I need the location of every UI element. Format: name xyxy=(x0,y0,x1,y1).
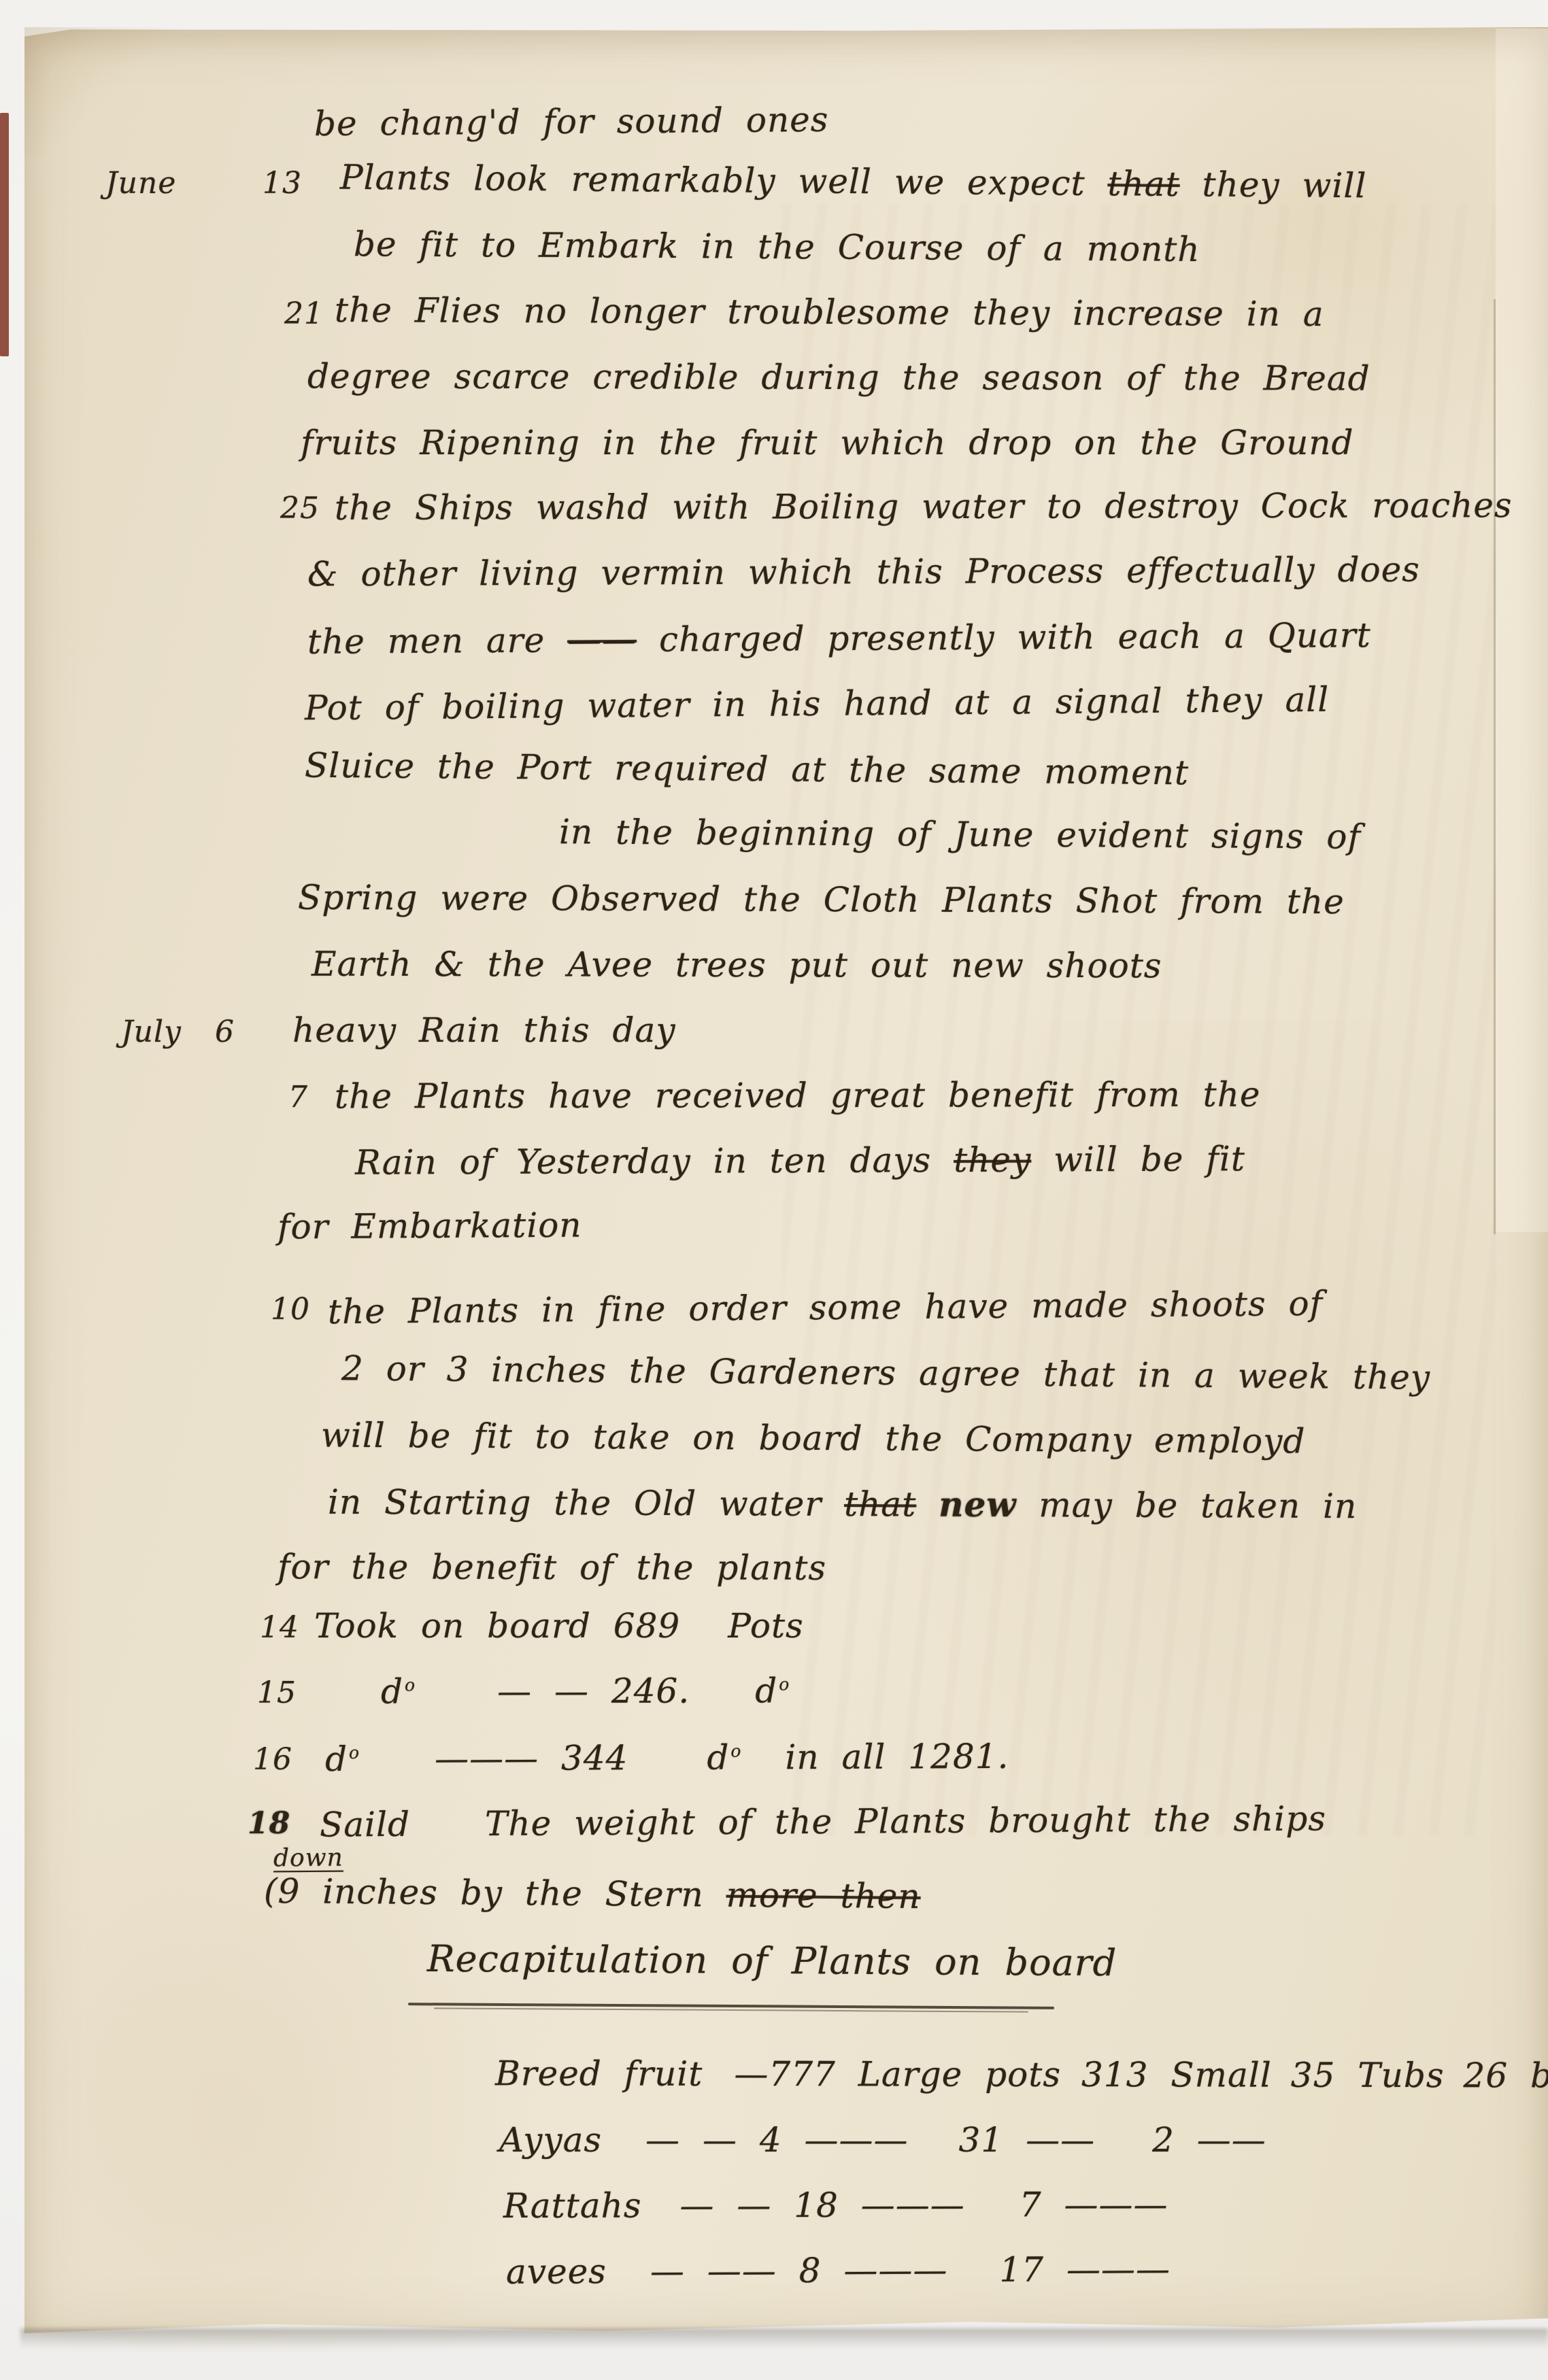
entry-jun-13-l1-margin: 13 xyxy=(263,166,302,201)
text-segment: degree scarce credible during the season… xyxy=(307,356,1370,398)
entry-jul-10-l1-margin: 10 xyxy=(271,1292,310,1327)
text-segment: the men are xyxy=(307,621,567,662)
text-segment: Pots xyxy=(728,1606,803,1646)
june-note-l2: Spring were Observed the Cloth Plants Sh… xyxy=(298,878,1345,921)
text-segment: Rattahs xyxy=(503,2186,642,2226)
entry-jul-10-l2: 2 or 3 inches the Gardeners agree that i… xyxy=(341,1348,1431,1397)
entry-jul-10-l3: will be fit to take on board the Company… xyxy=(321,1415,1306,1461)
text-segment: be chang'd for sound ones xyxy=(314,100,829,143)
text-segment: that xyxy=(1107,164,1180,204)
text-segment: the Plants in fine order some have made … xyxy=(328,1284,1324,1331)
text-segment: 35 Tubs xyxy=(1291,2056,1445,2095)
recap-row-avees: avees— —— 8 ———17 ——— xyxy=(506,2249,1171,2292)
entry-jul-7-l1-margin: 7 xyxy=(288,1080,308,1115)
text-segment: d xyxy=(325,1739,348,1779)
text-segment: Recapitulation of Plants on board xyxy=(427,1937,1117,1984)
text-segment: o xyxy=(349,1743,360,1763)
text-segment: will be fit to take on board the Company… xyxy=(321,1415,1306,1461)
entry-jul-7-l3: for Embarkation xyxy=(277,1206,582,1247)
text-segment: avees xyxy=(506,2251,607,2292)
entry-jun-21-l1-margin: 21 xyxy=(284,296,324,331)
text-segment: Rain of Yesterday in ten days xyxy=(355,1140,954,1183)
text-segment: 313 Small xyxy=(1081,2055,1272,2095)
text-segment: o xyxy=(405,1676,416,1695)
entry-jun-25-l1-margin: 25 xyxy=(280,491,320,526)
text-segment: o xyxy=(779,1675,790,1695)
text-segment: 17 ——— xyxy=(999,2249,1171,2290)
entry-jul-18-l2: (9 inches by the Stern more then xyxy=(264,1871,921,1916)
entry-jun-13-l1-margin: June xyxy=(105,166,176,201)
text-segment: will be fit xyxy=(1031,1139,1245,1179)
entry-jul-15-margin: 15 xyxy=(257,1676,297,1710)
text-segment: d xyxy=(381,1672,403,1712)
text-segment: Sluice the Port required at the same mom… xyxy=(305,746,1190,793)
text-segment: may be taken in xyxy=(1016,1485,1357,1526)
entry-jul-16: do——— 344doin all 1281. xyxy=(325,1737,1009,1779)
text-segment: — —— 8 ——— xyxy=(650,2250,948,2291)
text-segment: Took on board 689 xyxy=(314,1606,680,1646)
entry-jun-21-l3: fruits Ripening in the fruit which drop … xyxy=(301,423,1354,462)
recap-row-ayyas: Ayyas— — 4 ———31 ——2 —— xyxy=(499,2120,1266,2160)
text-segment: The weight of the Plants brought the shi… xyxy=(485,1799,1326,1843)
text-segment: (9 inches by the Stern xyxy=(264,1871,726,1915)
recap-row-breadfruit: Breed fruit—777 Large pots313 Small35 Tu… xyxy=(495,2054,1548,2096)
text-segment: 7 ——— xyxy=(1020,2185,1168,2224)
entry-jul-6-margin: 6 xyxy=(215,1015,235,1049)
text-segment: — — 4 ——— xyxy=(645,2120,909,2160)
text-segment: 2 —— xyxy=(1152,2120,1266,2160)
entry-jun-25-l1: the Ships washd with Boiling water to de… xyxy=(335,486,1513,528)
entry-jul-6-margin: July xyxy=(121,1015,182,1049)
entry-jul-7-l1: the Plants have received great benefit f… xyxy=(335,1075,1261,1117)
entry-jul-7-l2: Rain of Yesterday in ten days they will … xyxy=(355,1139,1245,1182)
entry-jun-13-l2: be fit to Embark in the Course of a mont… xyxy=(354,224,1200,269)
text-segment: they will xyxy=(1179,165,1366,205)
entry-jul-10-l4: in Starting the Old water that new may b… xyxy=(328,1482,1357,1526)
text-segment: 2 or 3 inches the Gardeners agree that i… xyxy=(341,1348,1431,1397)
entry-jul-15: do— — 246.do xyxy=(381,1671,790,1711)
text-segment: d xyxy=(707,1738,729,1778)
text-segment xyxy=(916,1484,939,1524)
june-note-l3: Earth & the Avee trees put out new shoot… xyxy=(312,945,1162,986)
text-segment: —777 Large pots xyxy=(734,2054,1061,2094)
entry-jul-14: Took on board 689Pots xyxy=(314,1606,804,1646)
text-segment: ——— 344 xyxy=(435,1738,628,1778)
entry-jun-25-l4: Pot of boiling water in his hand at a si… xyxy=(305,680,1330,728)
text-segment: fruits Ripening in the fruit which drop … xyxy=(301,423,1354,462)
text-segment: the Ships washd with Boiling water to de… xyxy=(335,486,1513,528)
text-segment: Plants look remarkably well we expect xyxy=(340,158,1108,203)
entry-jun-13-l1: Plants look remarkably well we expect th… xyxy=(340,158,1367,206)
text-segment: Spring were Observed the Cloth Plants Sh… xyxy=(298,878,1345,921)
text-segment: 26 boxes xyxy=(1463,2056,1548,2096)
text-segment: Saild xyxy=(320,1805,410,1845)
text-segment: in all 1281. xyxy=(785,1737,1009,1777)
text-segment: in the beginning of June evident signs o… xyxy=(559,812,1361,856)
text-segment: — — 18 ——— xyxy=(679,2186,964,2226)
inserted-word-down: down xyxy=(273,1844,343,1873)
text-segment: Breed fruit xyxy=(495,2054,703,2094)
text-segment: — — 246. xyxy=(497,1671,690,1712)
text-segment: in Starting the Old water xyxy=(328,1482,844,1524)
recap-underline xyxy=(408,2003,1054,2009)
text-segment: for Embarkation xyxy=(277,1206,582,1247)
entry-jun-21-l1: the Flies no longer troublesome they inc… xyxy=(335,290,1324,334)
entry-jun-25-l2: & other living vermin which this Process… xyxy=(307,550,1420,594)
text-segment: —— xyxy=(567,620,637,660)
text-segment: 31 —— xyxy=(959,2120,1096,2160)
text-segment: & other living vermin which this Process… xyxy=(307,550,1420,594)
carryover-line: be chang'd for sound ones xyxy=(314,100,829,143)
text-segment: that xyxy=(844,1484,916,1524)
text-segment: Earth & the Avee trees put out new shoot… xyxy=(312,945,1162,986)
june-note-l1: in the beginning of June evident signs o… xyxy=(559,812,1361,856)
text-segment: d xyxy=(755,1671,777,1710)
entry-jul-10-l1: the Plants in fine order some have made … xyxy=(328,1284,1324,1331)
entry-jul-14-margin: 14 xyxy=(260,1610,299,1645)
entry-jul-18-l1: SaildThe weight of the Plants brought th… xyxy=(320,1799,1326,1844)
recap-row-rattahs: Rattahs— — 18 ———7 ——— xyxy=(503,2185,1168,2226)
text-segment: the Flies no longer troublesome they inc… xyxy=(335,290,1324,334)
entry-jul-18-l1-margin: 18 xyxy=(248,1806,290,1841)
text-segment: down xyxy=(273,1844,343,1873)
entry-jun-25-l3: the men are —— charged presently with ea… xyxy=(307,615,1371,662)
text-segment: o xyxy=(730,1741,741,1761)
lines-layer: be chang'd for sound onesJune13Plants lo… xyxy=(0,0,1548,2380)
text-segment: Ayyas xyxy=(499,2120,602,2160)
text-segment: charged presently with each a Quart xyxy=(637,615,1371,660)
entry-jun-21-l2: degree scarce credible during the season… xyxy=(307,356,1370,398)
entry-jun-25-l5: Sluice the Port required at the same mom… xyxy=(305,746,1190,793)
text-segment: for the benefit of the plants xyxy=(277,1547,826,1588)
entry-jul-10-l5: for the benefit of the plants xyxy=(277,1547,826,1588)
entry-jul-6: heavy Rain this day xyxy=(292,1010,676,1050)
text-segment: heavy Rain this day xyxy=(292,1010,676,1050)
recap-heading: Recapitulation of Plants on board xyxy=(427,1937,1117,1984)
text-segment: the Plants have received great benefit f… xyxy=(335,1075,1261,1117)
text-segment: they xyxy=(954,1140,1031,1180)
text-segment: new xyxy=(939,1484,1016,1525)
text-segment: Pot of boiling water in his hand at a si… xyxy=(305,680,1330,728)
text-segment: be fit to Embark in the Course of a mont… xyxy=(354,224,1200,269)
entry-jul-16-margin: 16 xyxy=(253,1742,292,1777)
text-segment: more then xyxy=(726,1875,920,1916)
